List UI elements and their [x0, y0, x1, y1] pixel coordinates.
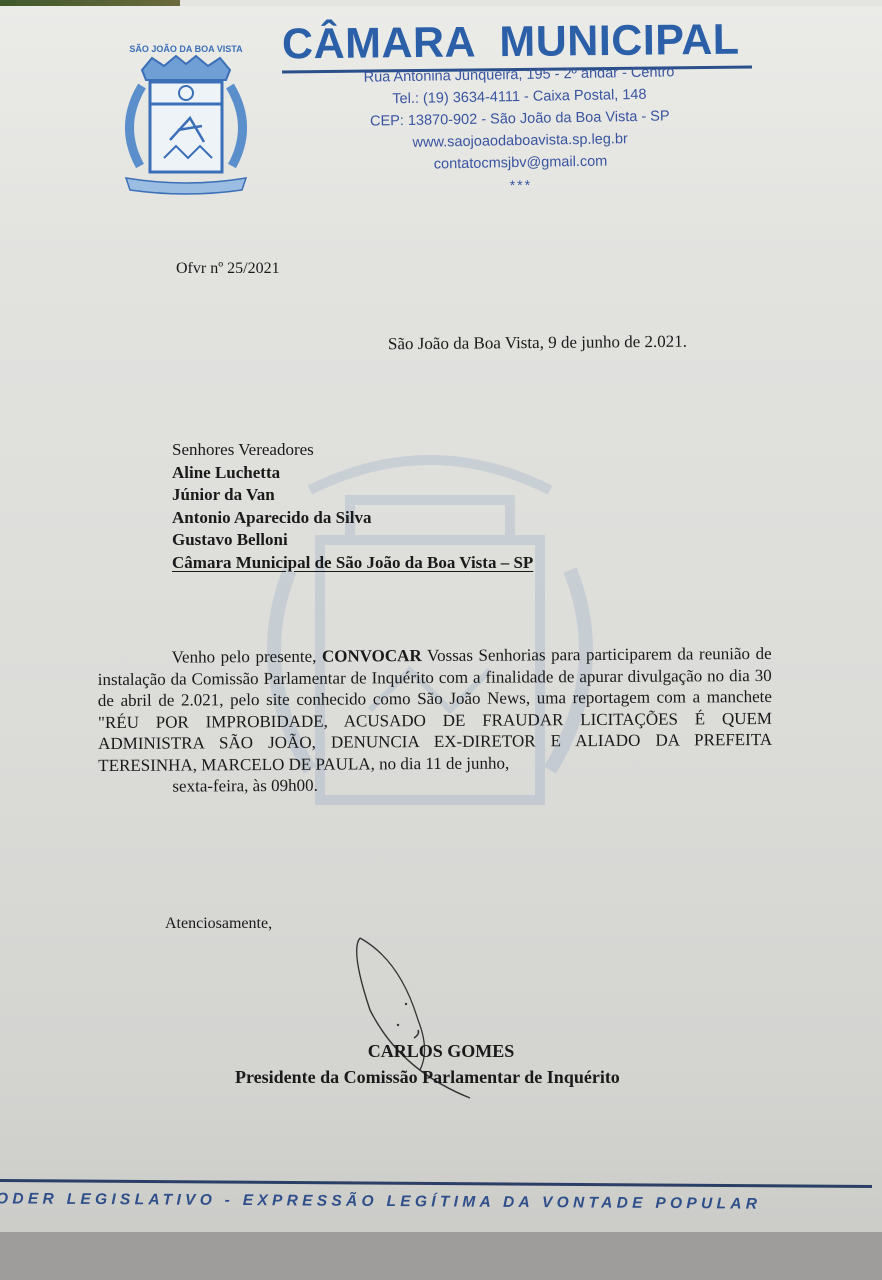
date-line: São João da Boa Vista, 9 de junho de 2.0… — [388, 332, 687, 355]
body-paragraph: Venho pelo presente, CONVOCAR Vossas Sen… — [98, 643, 773, 798]
signer-role: Presidente da Comissão Parlamentar de In… — [235, 1067, 620, 1088]
page-bottom-shadow — [0, 1232, 882, 1280]
reference-number: Ofvr nº 25/2021 — [176, 260, 280, 278]
recipient-name: Aline Luchetta — [172, 462, 533, 485]
recipient-name: Júnior da Van — [172, 484, 533, 507]
recipient-institution: Câmara Municipal de São João da Boa Vist… — [172, 552, 533, 575]
salutation: Senhores Vereadores — [172, 439, 533, 462]
letter-body: Venho pelo presente, CONVOCAR Vossas Sen… — [98, 643, 773, 798]
closing: Atenciosamente, — [165, 915, 272, 933]
signer-name: CARLOS GOMES — [0, 1041, 882, 1062]
body-emphasis: CONVOCAR — [322, 646, 422, 666]
coat-of-arms-icon: SÃO JOÃO DA BOA VISTA — [112, 30, 260, 198]
body-last-line: sexta-feira, às 09h00. — [98, 772, 772, 798]
signer-name-text: CARLOS GOMES — [368, 1041, 515, 1062]
recipient-name: Antonio Aparecido da Silva — [172, 507, 533, 530]
recipient-name: Gustavo Belloni — [172, 529, 533, 552]
crest-label: SÃO JOÃO DA BOA VISTA — [129, 44, 243, 54]
body-lead: Venho pelo presente, — [172, 647, 322, 667]
recipients-block: Senhores Vereadores Aline Luchetta Júnio… — [172, 439, 533, 574]
contact-info: Rua Antonina Junqueira, 195 - 2º andar -… — [299, 60, 741, 200]
